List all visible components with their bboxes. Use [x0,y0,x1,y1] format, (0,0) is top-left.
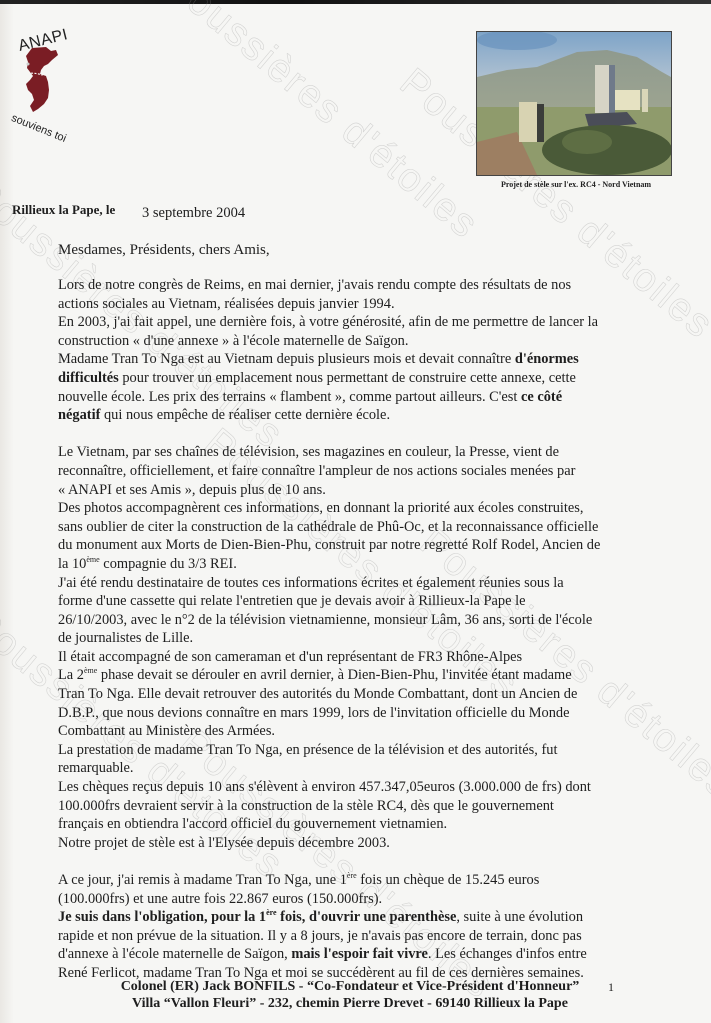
text-line: Le Vietnam, par ses chaînes de télévisio… [58,443,678,462]
text-line: construction « d'une annexe » à l'école … [58,332,678,351]
text-line: sans oublier de citer la construction de… [58,518,678,537]
stele-photo [476,31,672,176]
scan-shadow [0,4,14,1023]
photo-caption: Projet de stèle sur l'ex. RC4 - Nord Vie… [486,180,666,189]
text-line: la 10ème compagnie du 3/3 REI. [58,555,678,574]
text-line: du monument aux Morts de Dien-Bien-Phu, … [58,536,678,555]
text-line: actions sociales au Vietnam, réalisées d… [58,295,678,314]
text-line: Je suis dans l'obligation, pour la 1ère … [58,908,678,927]
text-line: 26/10/2003, avec le n°2 de la télévision… [58,611,678,630]
letter-date: 3 septembre 2004 [142,205,245,222]
text-line: forme d'une cassette qui relate l'entret… [58,592,678,611]
text-line: difficultés pour trouver un emplacement … [58,369,678,388]
letter-footer: Colonel (ER) Jack BONFILS - “Co-Fondateu… [100,978,600,1012]
text-line: (100.000frs) et une autre fois 22.867 eu… [58,890,678,909]
text-line: Tran To Nga. Elle devait retrouver des a… [58,685,678,704]
text-line: « ANAPI et ses Amis », depuis plus de 10… [58,481,678,500]
text-line: Il était accompagné de son cameraman et … [58,648,678,667]
anapi-logo: ANAPI souviens toi [14,30,70,138]
text-line: remarquable. [58,759,678,778]
text-line: A ce jour, j'ai remis à madame Tran To N… [58,871,678,890]
text-line: français en obtiendra l'accord officiel … [58,815,678,834]
signature-line: Colonel (ER) Jack BONFILS - “Co-Fondateu… [100,978,600,995]
salutation: Mesdames, Présidents, chers Amis, [58,242,270,259]
paragraph-3: A ce jour, j'ai remis à madame Tran To N… [58,871,678,983]
text-line: reconnaître, officiellement, et faire co… [58,462,678,481]
paragraph-2: Le Vietnam, par ses chaînes de télévisio… [58,443,678,852]
stele-landscape-image [477,32,671,175]
vietnam-map-icon [24,46,62,114]
text-line: En 2003, j'ai fait appel, une dernière f… [58,313,678,332]
text-line: négatif qui nous empêche de réaliser cet… [58,406,678,425]
text-line: La prestation de madame Tran To Nga, en … [58,741,678,760]
address-line: Villa “Vallon Fleuri” - 232, chemin Pier… [100,995,600,1012]
letter-body: Lors de notre congrès de Reims, en mai d… [58,276,678,1001]
letter-place: Rillieux la Pape, le [12,202,115,218]
text-line: Notre projet de stèle est à l'Elysée dep… [58,834,678,853]
paragraph-1: Lors de notre congrès de Reims, en mai d… [58,276,678,425]
page-number: 1 [608,980,614,995]
text-line: 100.000frs devraient servir à la constru… [58,797,678,816]
text-line: nouvelle école. Les prix des terrains « … [58,388,678,407]
text-line: Lors de notre congrès de Reims, en mai d… [58,276,678,295]
text-line: Les chèques reçus depuis 10 ans s'élèven… [58,778,678,797]
text-line: Madame Tran To Nga est au Vietnam depuis… [58,350,678,369]
text-line: de journalistes de Lille. [58,629,678,648]
text-line: rapide et non prévue de la situation. Il… [58,927,678,946]
logo-motto: souviens toi [10,112,68,145]
text-line: Des photos accompagnèrent ces informatio… [58,499,678,518]
text-line: La 2ème phase devait se dérouler en avri… [58,666,678,685]
text-line: J'ai été rendu destinataire de toutes ce… [58,574,678,593]
text-line: D.B.P., que nous devions connaître en ma… [58,704,678,723]
text-line: Combattant au Ministère des Armées. [58,722,678,741]
scan-edge [0,0,711,4]
text-line: d'annexe à l'école maternelle de Saïgon,… [58,945,678,964]
